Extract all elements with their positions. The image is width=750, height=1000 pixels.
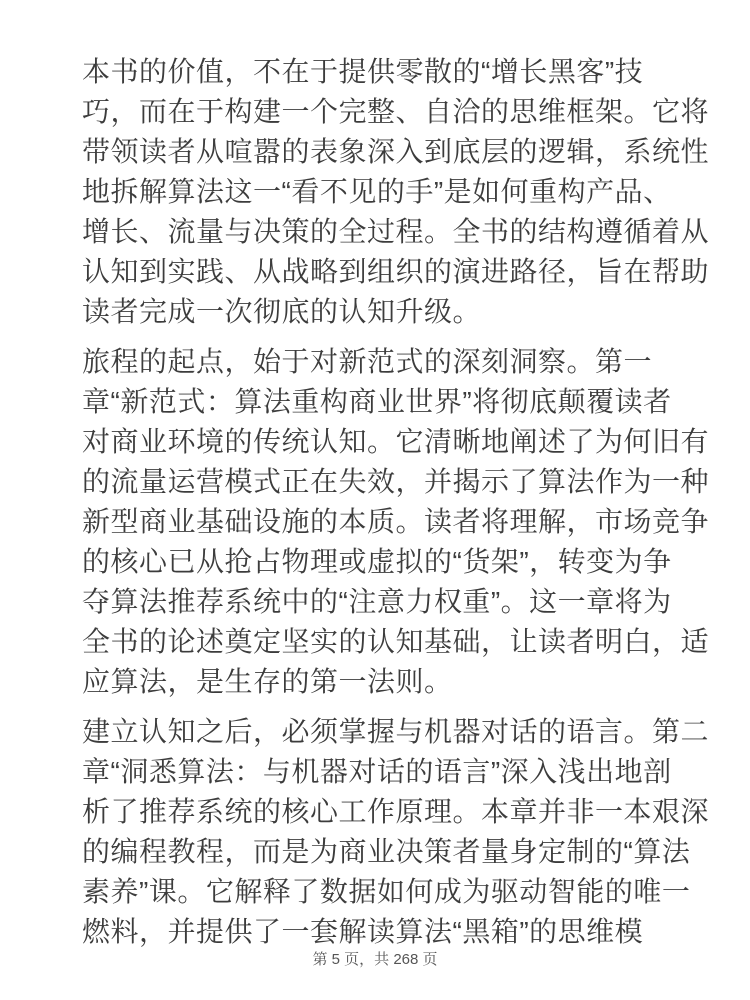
text-line: 的编程教程，而是为商业决策者量身定制的“算法: [82, 832, 698, 872]
text-line: 析了推荐系统的核心工作原理。本章并非一本艰深: [82, 792, 698, 832]
text-line: 全书的论述奠定坚实的认知基础，让读者明白，适: [82, 622, 698, 662]
text-line: 建立认知之后，必须掌握与机器对话的语言。第二: [82, 712, 698, 752]
text-line: 巧，而在于构建一个完整、自洽的思维框架。它将: [82, 92, 698, 132]
text-line: 读者完成一次彻底的认知升级。: [82, 292, 698, 332]
text-line: 对商业环境的传统认知。它清晰地阐述了为何旧有: [82, 422, 698, 462]
paragraph: 建立认知之后，必须掌握与机器对话的语言。第二章“洞悉算法：与机器对话的语言”深入…: [82, 712, 698, 952]
text-line: 夺算法推荐系统中的“注意力权重”。这一章将为: [82, 582, 698, 622]
text-line: 的流量运营模式正在失效，并揭示了算法作为一种: [82, 462, 698, 502]
paragraph: 旅程的起点，始于对新范式的深刻洞察。第一章“新范式：算法重构商业世界”将彻底颠覆…: [82, 342, 698, 702]
text-line: 新型商业基础设施的本质。读者将理解，市场竞争: [82, 502, 698, 542]
text-line: 旅程的起点，始于对新范式的深刻洞察。第一: [82, 342, 698, 382]
text-line: 本书的价值，不在于提供零散的“增长黑客”技: [82, 52, 698, 92]
paragraph: 本书的价值，不在于提供零散的“增长黑客”技巧，而在于构建一个完整、自洽的思维框架…: [82, 52, 698, 332]
text-line: 章“新范式：算法重构商业世界”将彻底颠覆读者: [82, 382, 698, 422]
text-line: 增长、流量与决策的全过程。全书的结构遵循着从: [82, 212, 698, 252]
text-line: 带领读者从喧嚣的表象深入到底层的逻辑，系统性: [82, 132, 698, 172]
text-line: 认知到实践、从战略到组织的演进路径，旨在帮助: [82, 252, 698, 292]
text-line: 的核心已从抢占物理或虚拟的“货架”，转变为争: [82, 542, 698, 582]
text-line: 燃料，并提供了一套解读算法“黑箱”的思维模: [82, 912, 698, 952]
document-text: 本书的价值，不在于提供零散的“增长黑客”技巧，而在于构建一个完整、自洽的思维框架…: [82, 52, 698, 952]
text-line: 素养”课。它解释了数据如何成为驱动智能的唯一: [82, 872, 698, 912]
text-line: 章“洞悉算法：与机器对话的语言”深入浅出地剖: [82, 752, 698, 792]
text-line: 地拆解算法这一“看不见的手”是如何重构产品、: [82, 172, 698, 212]
text-line: 应算法，是生存的第一法则。: [82, 662, 698, 702]
document-page: 本书的价值，不在于提供零散的“增长黑客”技巧，而在于构建一个完整、自洽的思维框架…: [0, 0, 750, 1000]
page-number-footer: 第 5 页，共 268 页: [0, 950, 750, 970]
